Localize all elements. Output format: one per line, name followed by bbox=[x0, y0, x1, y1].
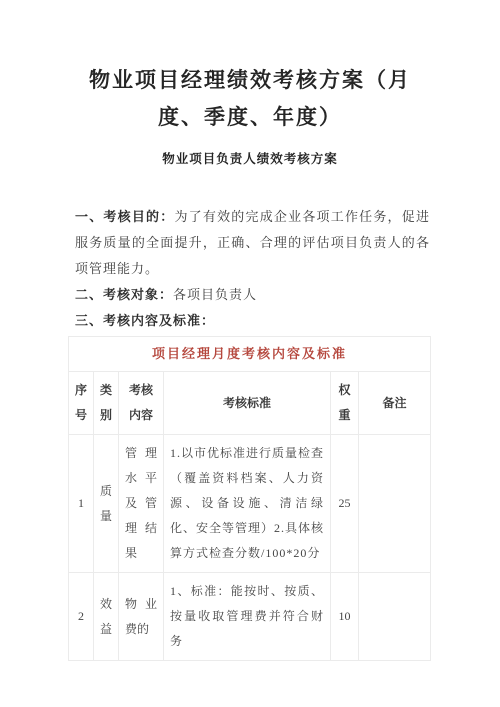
paragraph-target: 二、考核对象：各项目负责人 bbox=[75, 282, 430, 308]
paragraph-purpose-label: 一、考核目的： bbox=[75, 209, 174, 224]
standard-cell: 1、标准：能按时、按质、按量收取管理费并符合财务 bbox=[164, 573, 331, 661]
column-header-number: 序号 bbox=[69, 372, 94, 435]
note-cell bbox=[359, 435, 431, 573]
row-number-cell: 1 bbox=[69, 435, 94, 573]
paragraph-target-label: 二、考核对象： bbox=[75, 287, 173, 302]
weight-cell: 10 bbox=[331, 573, 359, 661]
column-header-category: 类别 bbox=[94, 372, 119, 435]
category-cell: 质量 bbox=[94, 435, 119, 573]
row-number-cell: 2 bbox=[69, 573, 94, 661]
weight-cell: 25 bbox=[331, 435, 359, 573]
assessment-table-container: 项目经理月度考核内容及标准 序号 类别 考核内容 考核标准 权重 备注 1 质量… bbox=[68, 336, 500, 661]
assessment-table: 项目经理月度考核内容及标准 序号 类别 考核内容 考核标准 权重 备注 1 质量… bbox=[68, 336, 431, 661]
table-title: 项目经理月度考核内容及标准 bbox=[69, 337, 431, 372]
standard-cell: 1.以市优标准进行质量检查（覆盖资料档案、人力资源、设备设施、清洁绿化、安全等管… bbox=[164, 435, 331, 573]
paragraph-target-text: 各项目负责人 bbox=[173, 287, 257, 302]
paragraph-standards: 三、考核内容及标准： bbox=[75, 308, 430, 334]
page-title: 物业项目经理绩效考核方案（月 度、季度、年度） bbox=[30, 62, 470, 136]
page-title-line-2: 度、季度、年度） bbox=[30, 99, 470, 136]
note-cell bbox=[359, 573, 431, 661]
content-cell: 管理水平及管理结果 bbox=[119, 435, 164, 573]
page-subtitle: 物业项目负责人绩效考核方案 bbox=[0, 149, 500, 167]
paragraph-standards-label: 三、考核内容及标准： bbox=[75, 313, 215, 328]
category-cell: 效益 bbox=[94, 573, 119, 661]
column-header-weight: 权重 bbox=[331, 372, 359, 435]
content-cell: 物业费的 bbox=[119, 573, 164, 661]
paragraph-purpose: 一、考核目的：为了有效的完成企业各项工作任务，促进服务质量的全面提升，正确、合理… bbox=[75, 204, 430, 282]
document-page: 物业项目经理绩效考核方案（月 度、季度、年度） 物业项目负责人绩效考核方案 一、… bbox=[0, 0, 500, 707]
column-header-standard: 考核标准 bbox=[164, 372, 331, 435]
column-header-note: 备注 bbox=[359, 372, 431, 435]
document-body: 一、考核目的：为了有效的完成企业各项工作任务，促进服务质量的全面提升，正确、合理… bbox=[75, 204, 430, 334]
column-header-content: 考核内容 bbox=[119, 372, 164, 435]
table-row: 1 质量 管理水平及管理结果 1.以市优标准进行质量检查（覆盖资料档案、人力资源… bbox=[69, 435, 431, 573]
page-title-line-1: 物业项目经理绩效考核方案（月 bbox=[30, 62, 470, 99]
table-row: 2 效益 物业费的 1、标准：能按时、按质、按量收取管理费并符合财务 10 bbox=[69, 573, 431, 661]
